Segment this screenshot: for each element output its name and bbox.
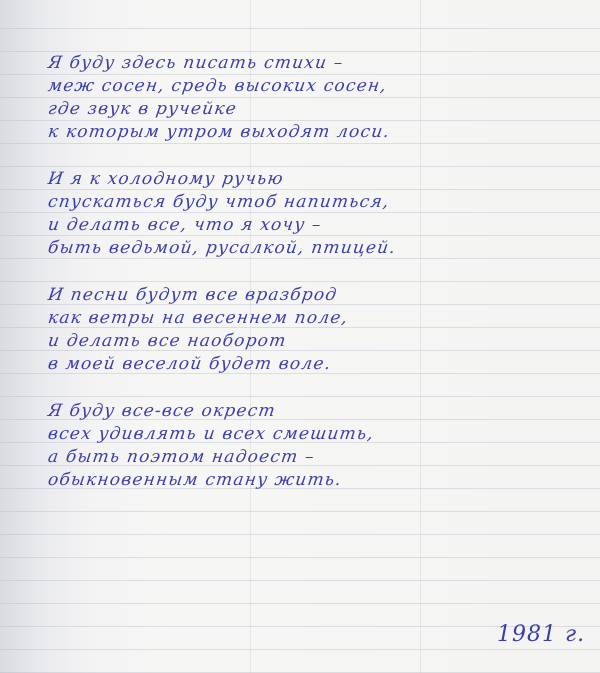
stanza-2: И я к холодному ручью спускаться буду чт…	[48, 168, 568, 260]
poem-line: обыкновенным стану жить.	[46, 469, 569, 492]
poem-line: быть ведьмой, русалкой, птицей.	[46, 237, 569, 260]
poem-line: к которым утром выходят лоси.	[46, 121, 569, 144]
poem-line: и делать все, что я хочу –	[46, 214, 569, 237]
poem-line: Я буду здесь писать стихи –	[46, 52, 569, 75]
poem-line: Я буду все-все окрест	[46, 400, 569, 423]
poem-line: всех удивлять и всех смешить,	[46, 423, 569, 446]
poem-line: и делать все наоборот	[46, 330, 569, 353]
poem-line: в моей веселой будет воле.	[46, 353, 569, 376]
poem-line: как ветры на весеннем поле,	[46, 307, 569, 330]
date-signature: 1981 г.	[497, 622, 585, 647]
poem-line: И я к холодному ручью	[46, 168, 569, 191]
poem: Я буду здесь писать стихи – меж сосен, с…	[48, 52, 568, 516]
poem-line: где звук в ручейке	[46, 98, 569, 121]
stanza-4: Я буду все-все окрест всех удивлять и вс…	[48, 400, 568, 492]
stanza-3: И песни будут все вразброд как ветры на …	[48, 284, 568, 376]
poem-line: меж сосен, средь высоких сосен,	[46, 75, 569, 98]
poem-line: а быть поэтом надоест –	[46, 446, 569, 469]
stanza-1: Я буду здесь писать стихи – меж сосен, с…	[48, 52, 568, 144]
poem-line: И песни будут все вразброд	[46, 284, 569, 307]
poem-line: спускаться буду чтоб напиться,	[46, 191, 569, 214]
